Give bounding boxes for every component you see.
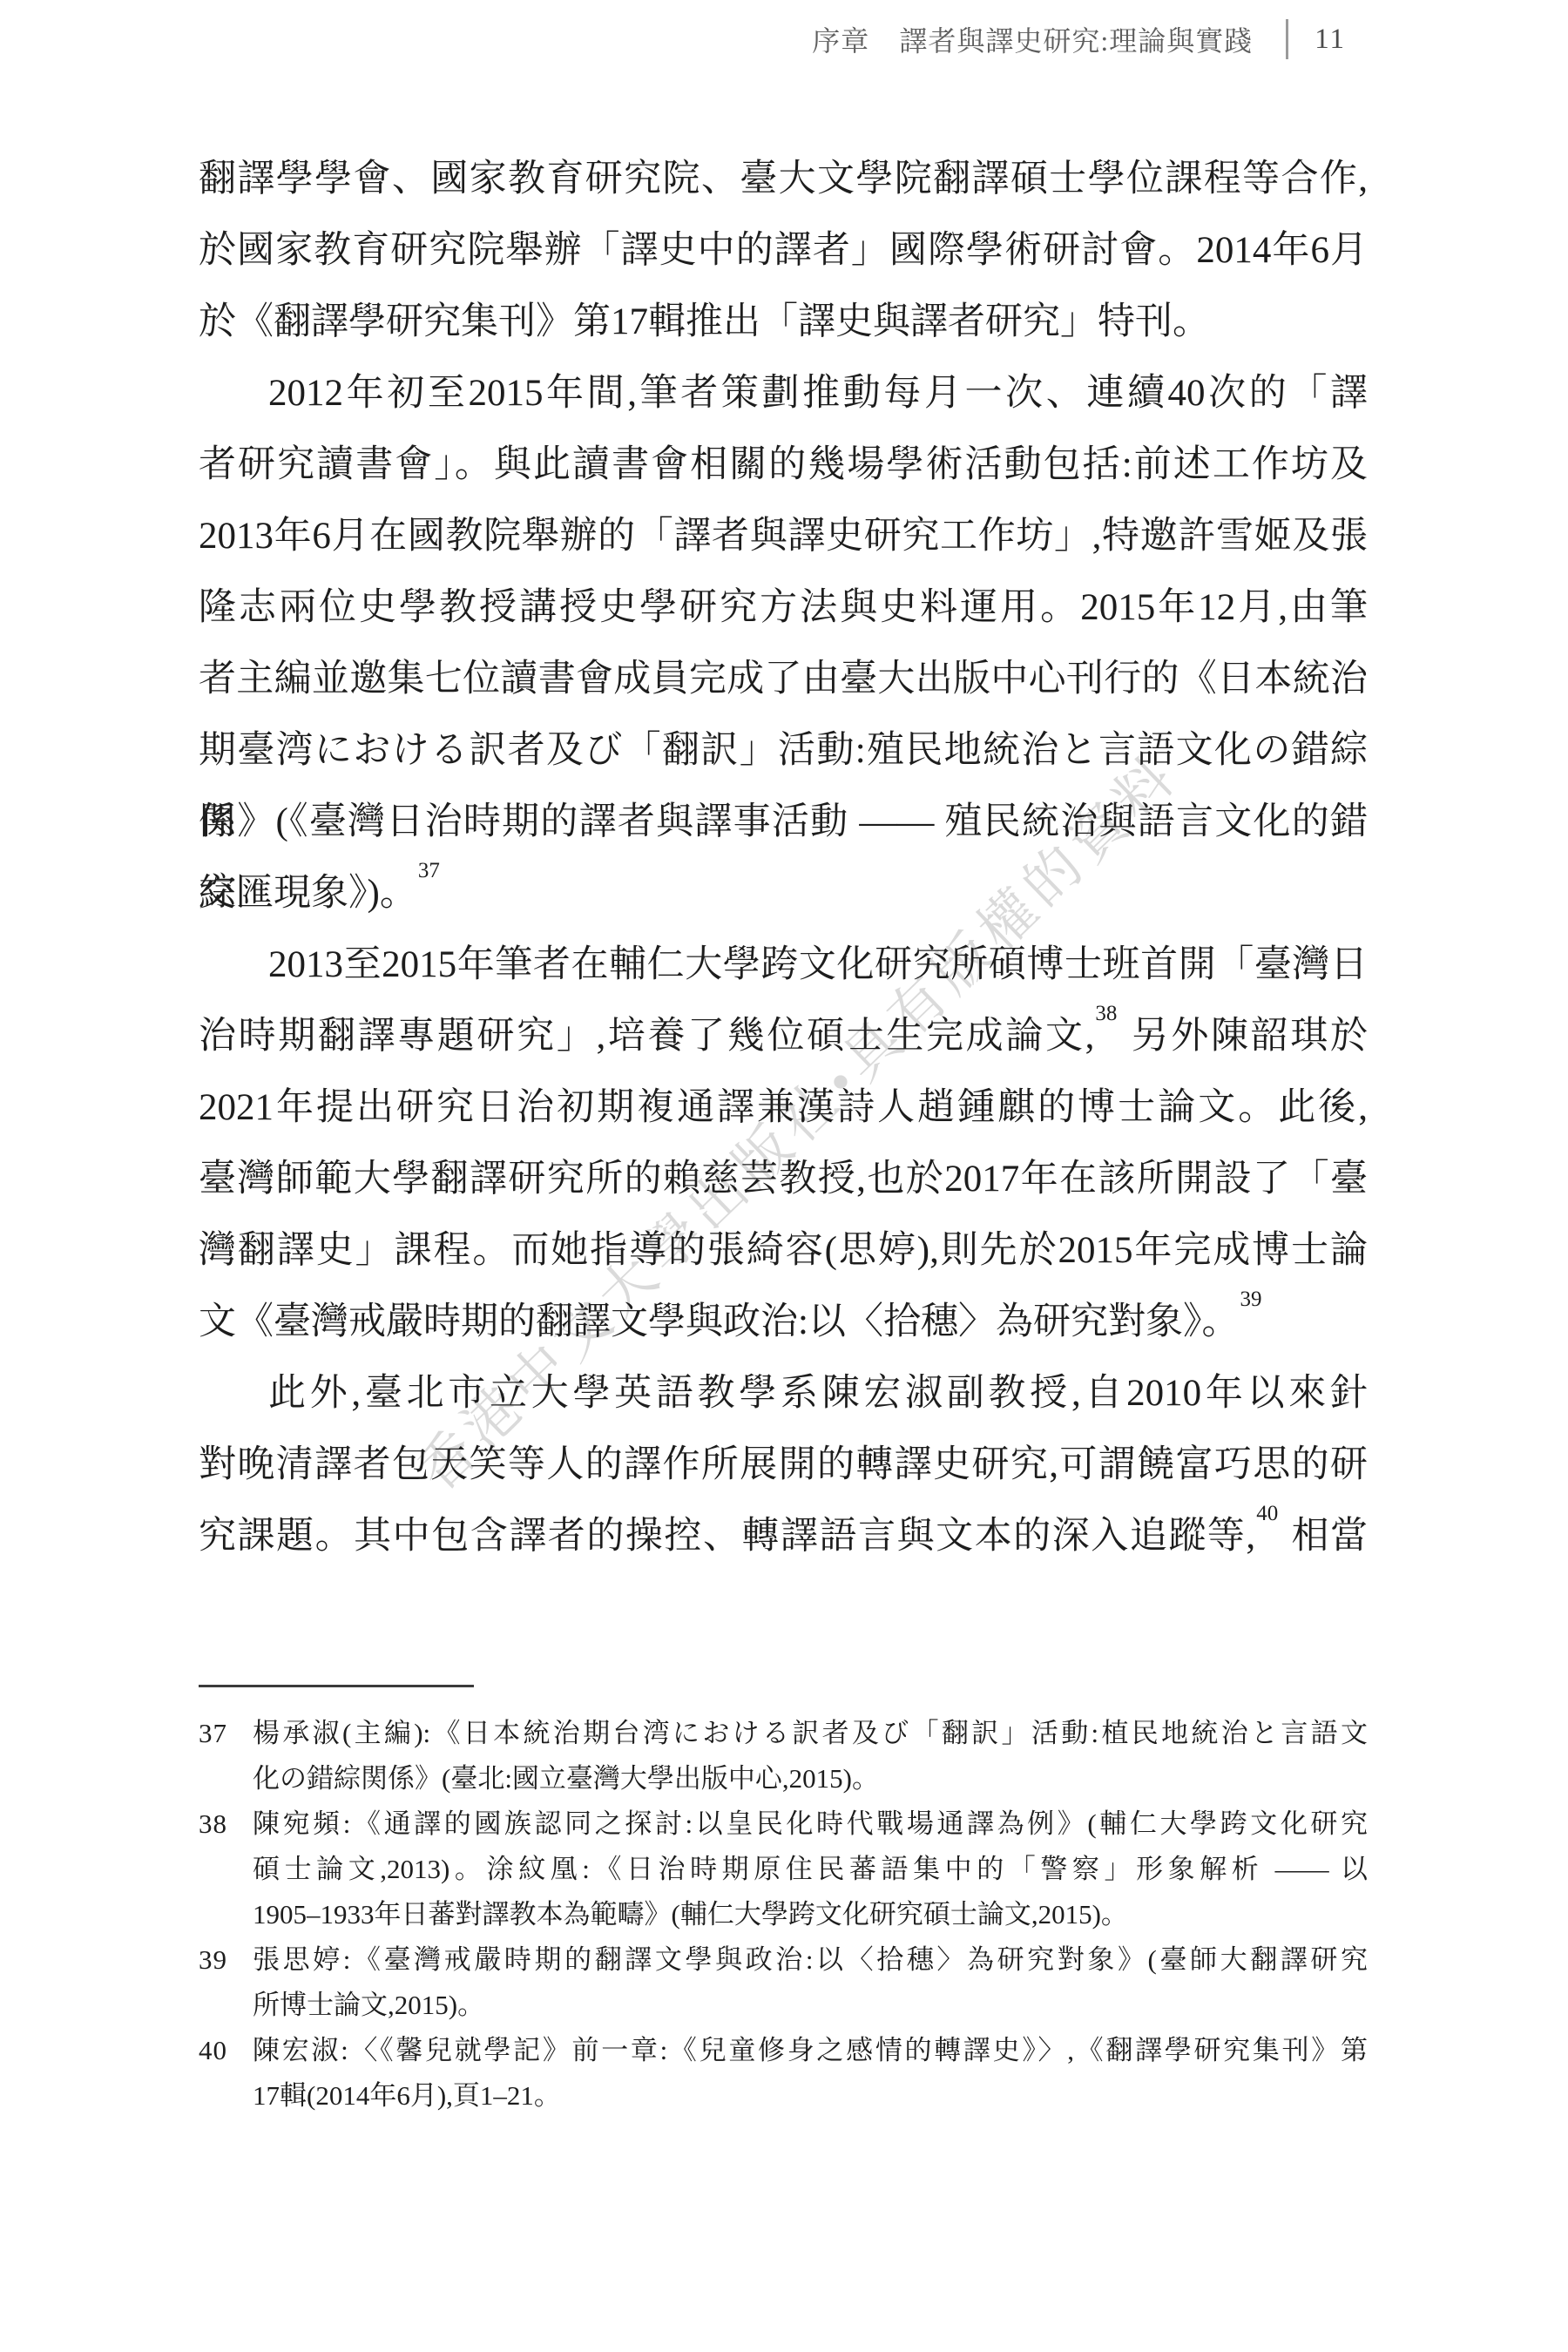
chapter-label: 序章 [812, 19, 869, 59]
footnote-item: 37楊承淑(主編):《日本統治期台湾における訳者及び「翻訳」活動:植民地統治と言… [199, 1711, 1368, 1801]
text-segment: 陳宏淑:〈《馨兒就學記》前一章:《兒童修身之感情的轉譯史》〉,《翻譯學研究集刊》… [253, 2035, 1368, 2065]
text-line: 張思婷:《臺灣戒嚴時期的翻譯文學與政治:以〈拾穗〉為研究對象》(臺師大翻譯研究 [253, 1937, 1368, 1983]
text-segment: 翻譯學學會、國家教育研究院、臺大文學院翻譯碩士學位課程等合作, [199, 159, 1368, 199]
text-line: 化の錯綜関係》(臺北:國立臺灣大學出版中心,2015)。 [253, 1756, 1368, 1801]
text-segment: 2013至2015年筆者在輔仁大學跨文化研究所碩博士班首開「臺灣日 [268, 944, 1368, 985]
text-segment: 所博士論文,2015)。 [253, 1990, 484, 2020]
text-segment: 張思婷:《臺灣戒嚴時期的翻譯文學與政治:以〈拾穗〉為研究對象》(臺師大翻譯研究 [253, 1944, 1368, 1975]
text-line: 陳宛頻:《通譯的國族認同之探討:以皇民化時代戰場通譯為例》(輔仁大學跨文化研究 [253, 1801, 1368, 1847]
text-segment: 隆志兩位史學教授講授史學研究方法與史料運用。2015年12月,由筆 [199, 587, 1368, 628]
footnote-number: 39 [199, 1937, 227, 1983]
text-segment: 臺灣師範大學翻譯研究所的賴慈芸教授,也於2017年在該所開設了「臺 [199, 1159, 1368, 1200]
text-line: 治時期翻譯專題研究」,培養了幾位碩士生完成論文,38 另外陳韶琪於 [199, 1001, 1368, 1072]
footnote-number: 38 [199, 1801, 227, 1847]
text-line: 2012年初至2015年間,筆者策劃推動每月一次、連續40次的「譯 [199, 358, 1368, 429]
text-segment: 陳宛頻:《通譯的國族認同之探討:以皇民化時代戰場通譯為例》(輔仁大學跨文化研究 [253, 1808, 1368, 1839]
footnote-ref: 39 [1240, 1288, 1261, 1311]
text-segment: 相當 [1281, 1516, 1368, 1557]
text-segment: 者研究讀書會」。與此讀書會相關的幾場學術活動包括:前述工作坊及 [199, 444, 1368, 485]
header-divider-bar [1286, 19, 1288, 59]
text-line: 翻譯學學會、國家教育研究院、臺大文學院翻譯碩士學位課程等合作, [199, 144, 1368, 215]
text-segment: 17輯(2014年6月),頁1–21。 [253, 2080, 561, 2111]
text-segment: 2021年提出研究日治初期複通譯兼漢詩人趙鍾麒的博士論文。此後, [199, 1087, 1368, 1128]
text-segment: 楊承淑(主編):《日本統治期台湾における訳者及び「翻訳」活動:植民地統治と言語文 [253, 1718, 1368, 1748]
text-line: 者主編並邀集七位讀書會成員完成了由臺大出版中心刊行的《日本統治 [199, 644, 1368, 715]
text-line: 楊承淑(主編):《日本統治期台湾における訳者及び「翻訳」活動:植民地統治と言語文 [253, 1711, 1368, 1756]
text-line: 所博士論文,2015)。 [253, 1983, 1368, 2028]
text-segment: 交匯現象》)。 [199, 873, 417, 914]
text-segment: 化の錯綜関係》(臺北:國立臺灣大學出版中心,2015)。 [253, 1763, 879, 1794]
footnote-number: 40 [199, 2028, 227, 2073]
text-line: 對晚清譯者包天笑等人的譯作所展開的轉譯史研究,可謂饒富巧思的研 [199, 1429, 1368, 1501]
text-segment: 1905–1933年日蕃對譯教本為範疇》(輔仁大學跨文化研究碩士論文,2015)… [253, 1899, 1128, 1930]
text-line: 於《翻譯學研究集刊》第17輯推出「譯史與譯者研究」特刊。 [199, 287, 1368, 358]
text-segment: 究課題。其中包含譯者的操控、轉譯語言與文本的深入追蹤等, [199, 1516, 1255, 1557]
text-line: 交匯現象》)。37 [199, 858, 1368, 929]
text-line: 臺灣師範大學翻譯研究所的賴慈芸教授,也於2017年在該所開設了「臺 [199, 1144, 1368, 1215]
paragraph: 此外,臺北市立大學英語教學系陳宏淑副教授,自2010年以來針對晚清譯者包天笑等人… [199, 1358, 1368, 1572]
paragraph: 翻譯學學會、國家教育研究院、臺大文學院翻譯碩士學位課程等合作,於國家教育研究院舉… [199, 144, 1368, 358]
running-header: 序章 譯者與譯史研究:理論與實踐 11 [812, 19, 1346, 59]
paragraph: 2013至2015年筆者在輔仁大學跨文化研究所碩博士班首開「臺灣日治時期翻譯專題… [199, 929, 1368, 1358]
text-line: 究課題。其中包含譯者的操控、轉譯語言與文本的深入追蹤等,40 相當 [199, 1501, 1368, 1572]
text-line: 此外,臺北市立大學英語教學系陳宏淑副教授,自2010年以來針 [199, 1358, 1368, 1429]
text-line: 陳宏淑:〈《馨兒就學記》前一章:《兒童修身之感情的轉譯史》〉,《翻譯學研究集刊》… [253, 2028, 1368, 2073]
book-page: 序章 譯者與譯史研究:理論與實踐 11 香港中文大學出版社•具有版權的資料 翻譯… [0, 0, 1568, 2352]
footnotes: 37楊承淑(主編):《日本統治期台湾における訳者及び「翻訳」活動:植民地統治と言… [199, 1711, 1368, 2119]
running-title: 譯者與譯史研究:理論與實踐 [899, 19, 1253, 59]
text-segment: 者主編並邀集七位讀書會成員完成了由臺大出版中心刊行的《日本統治 [199, 659, 1368, 700]
footnote-divider [199, 1685, 474, 1687]
text-line: 隆志兩位史學教授講授史學研究方法與史料運用。2015年12月,由筆 [199, 572, 1368, 644]
page-number: 11 [1315, 24, 1346, 56]
text-line: 17輯(2014年6月),頁1–21。 [253, 2073, 1368, 2119]
text-line: 文《臺灣戒嚴時期的翻譯文學與政治:以〈拾穗〉為研究對象》。39 [199, 1287, 1368, 1358]
text-line: 者研究讀書會」。與此讀書會相關的幾場學術活動包括:前述工作坊及 [199, 429, 1368, 501]
footnote-ref: 38 [1095, 1002, 1117, 1025]
text-line: 期臺湾における訳者及び「翻訳」活動:殖民地統治と言語文化の錯綜関 [199, 715, 1368, 787]
text-line: 2013至2015年筆者在輔仁大學跨文化研究所碩博士班首開「臺灣日 [199, 929, 1368, 1001]
footnote-item: 38陳宛頻:《通譯的國族認同之探討:以皇民化時代戰場通譯為例》(輔仁大學跨文化研… [199, 1801, 1368, 1937]
paragraph: 2012年初至2015年間,筆者策劃推動每月一次、連續40次的「譯者研究讀書會」… [199, 358, 1368, 929]
text-segment: 碩士論文,2013)。涂紋凰:《日治時期原住民蕃語集中的「警察」形象解析 —— … [253, 1854, 1368, 1884]
text-segment: 治時期翻譯專題研究」,培養了幾位碩士生完成論文, [199, 1016, 1094, 1057]
footnote-ref: 37 [418, 859, 440, 882]
text-segment: 於《翻譯學研究集刊》第17輯推出「譯史與譯者研究」特刊。 [199, 301, 1210, 342]
text-segment: 此外,臺北市立大學英語教學系陳宏淑副教授,自2010年以來針 [268, 1373, 1368, 1414]
text-segment: 於國家教育研究院舉辦「譯史中的譯者」國際學術研討會。2014年6月 [199, 230, 1368, 271]
text-segment: 文《臺灣戒嚴時期的翻譯文學與政治:以〈拾穗〉為研究對象》。 [199, 1301, 1239, 1342]
footnote-number: 37 [199, 1711, 227, 1756]
text-segment: 對晚清譯者包天笑等人的譯作所展開的轉譯史研究,可謂饒富巧思的研 [199, 1444, 1368, 1485]
text-segment: 另外陳韶琪於 [1119, 1016, 1368, 1057]
body-text: 翻譯學學會、國家教育研究院、臺大文學院翻譯碩士學位課程等合作,於國家教育研究院舉… [199, 144, 1368, 1572]
footnote-item: 40陳宏淑:〈《馨兒就學記》前一章:《兒童修身之感情的轉譯史》〉,《翻譯學研究集… [199, 2028, 1368, 2119]
text-line: 2013年6月在國教院舉辦的「譯者與譯史研究工作坊」,特邀許雪姬及張 [199, 501, 1368, 572]
footnote-ref: 40 [1256, 1502, 1278, 1525]
footnote-item: 39張思婷:《臺灣戒嚴時期的翻譯文學與政治:以〈拾穗〉為研究對象》(臺師大翻譯研… [199, 1937, 1368, 2028]
text-segment: 2012年初至2015年間,筆者策劃推動每月一次、連續40次的「譯 [268, 373, 1368, 414]
text-line: 碩士論文,2013)。涂紋凰:《日治時期原住民蕃語集中的「警察」形象解析 —— … [253, 1847, 1368, 1892]
text-segment: 灣翻譯史」課程。而她指導的張綺容(思婷),則先於2015年完成博士論 [199, 1230, 1368, 1271]
text-line: 於國家教育研究院舉辦「譯史中的譯者」國際學術研討會。2014年6月 [199, 215, 1368, 287]
text-segment: 2013年6月在國教院舉辦的「譯者與譯史研究工作坊」,特邀許雪姬及張 [199, 516, 1368, 557]
text-line: 灣翻譯史」課程。而她指導的張綺容(思婷),則先於2015年完成博士論 [199, 1215, 1368, 1287]
text-line: 1905–1933年日蕃對譯教本為範疇》(輔仁大學跨文化研究碩士論文,2015)… [253, 1892, 1368, 1937]
text-line: 2021年提出研究日治初期複通譯兼漢詩人趙鍾麒的博士論文。此後, [199, 1072, 1368, 1144]
text-line: 係》(《臺灣日治時期的譯者與譯事活動 —— 殖民統治與語言文化的錯綜 [199, 787, 1368, 858]
